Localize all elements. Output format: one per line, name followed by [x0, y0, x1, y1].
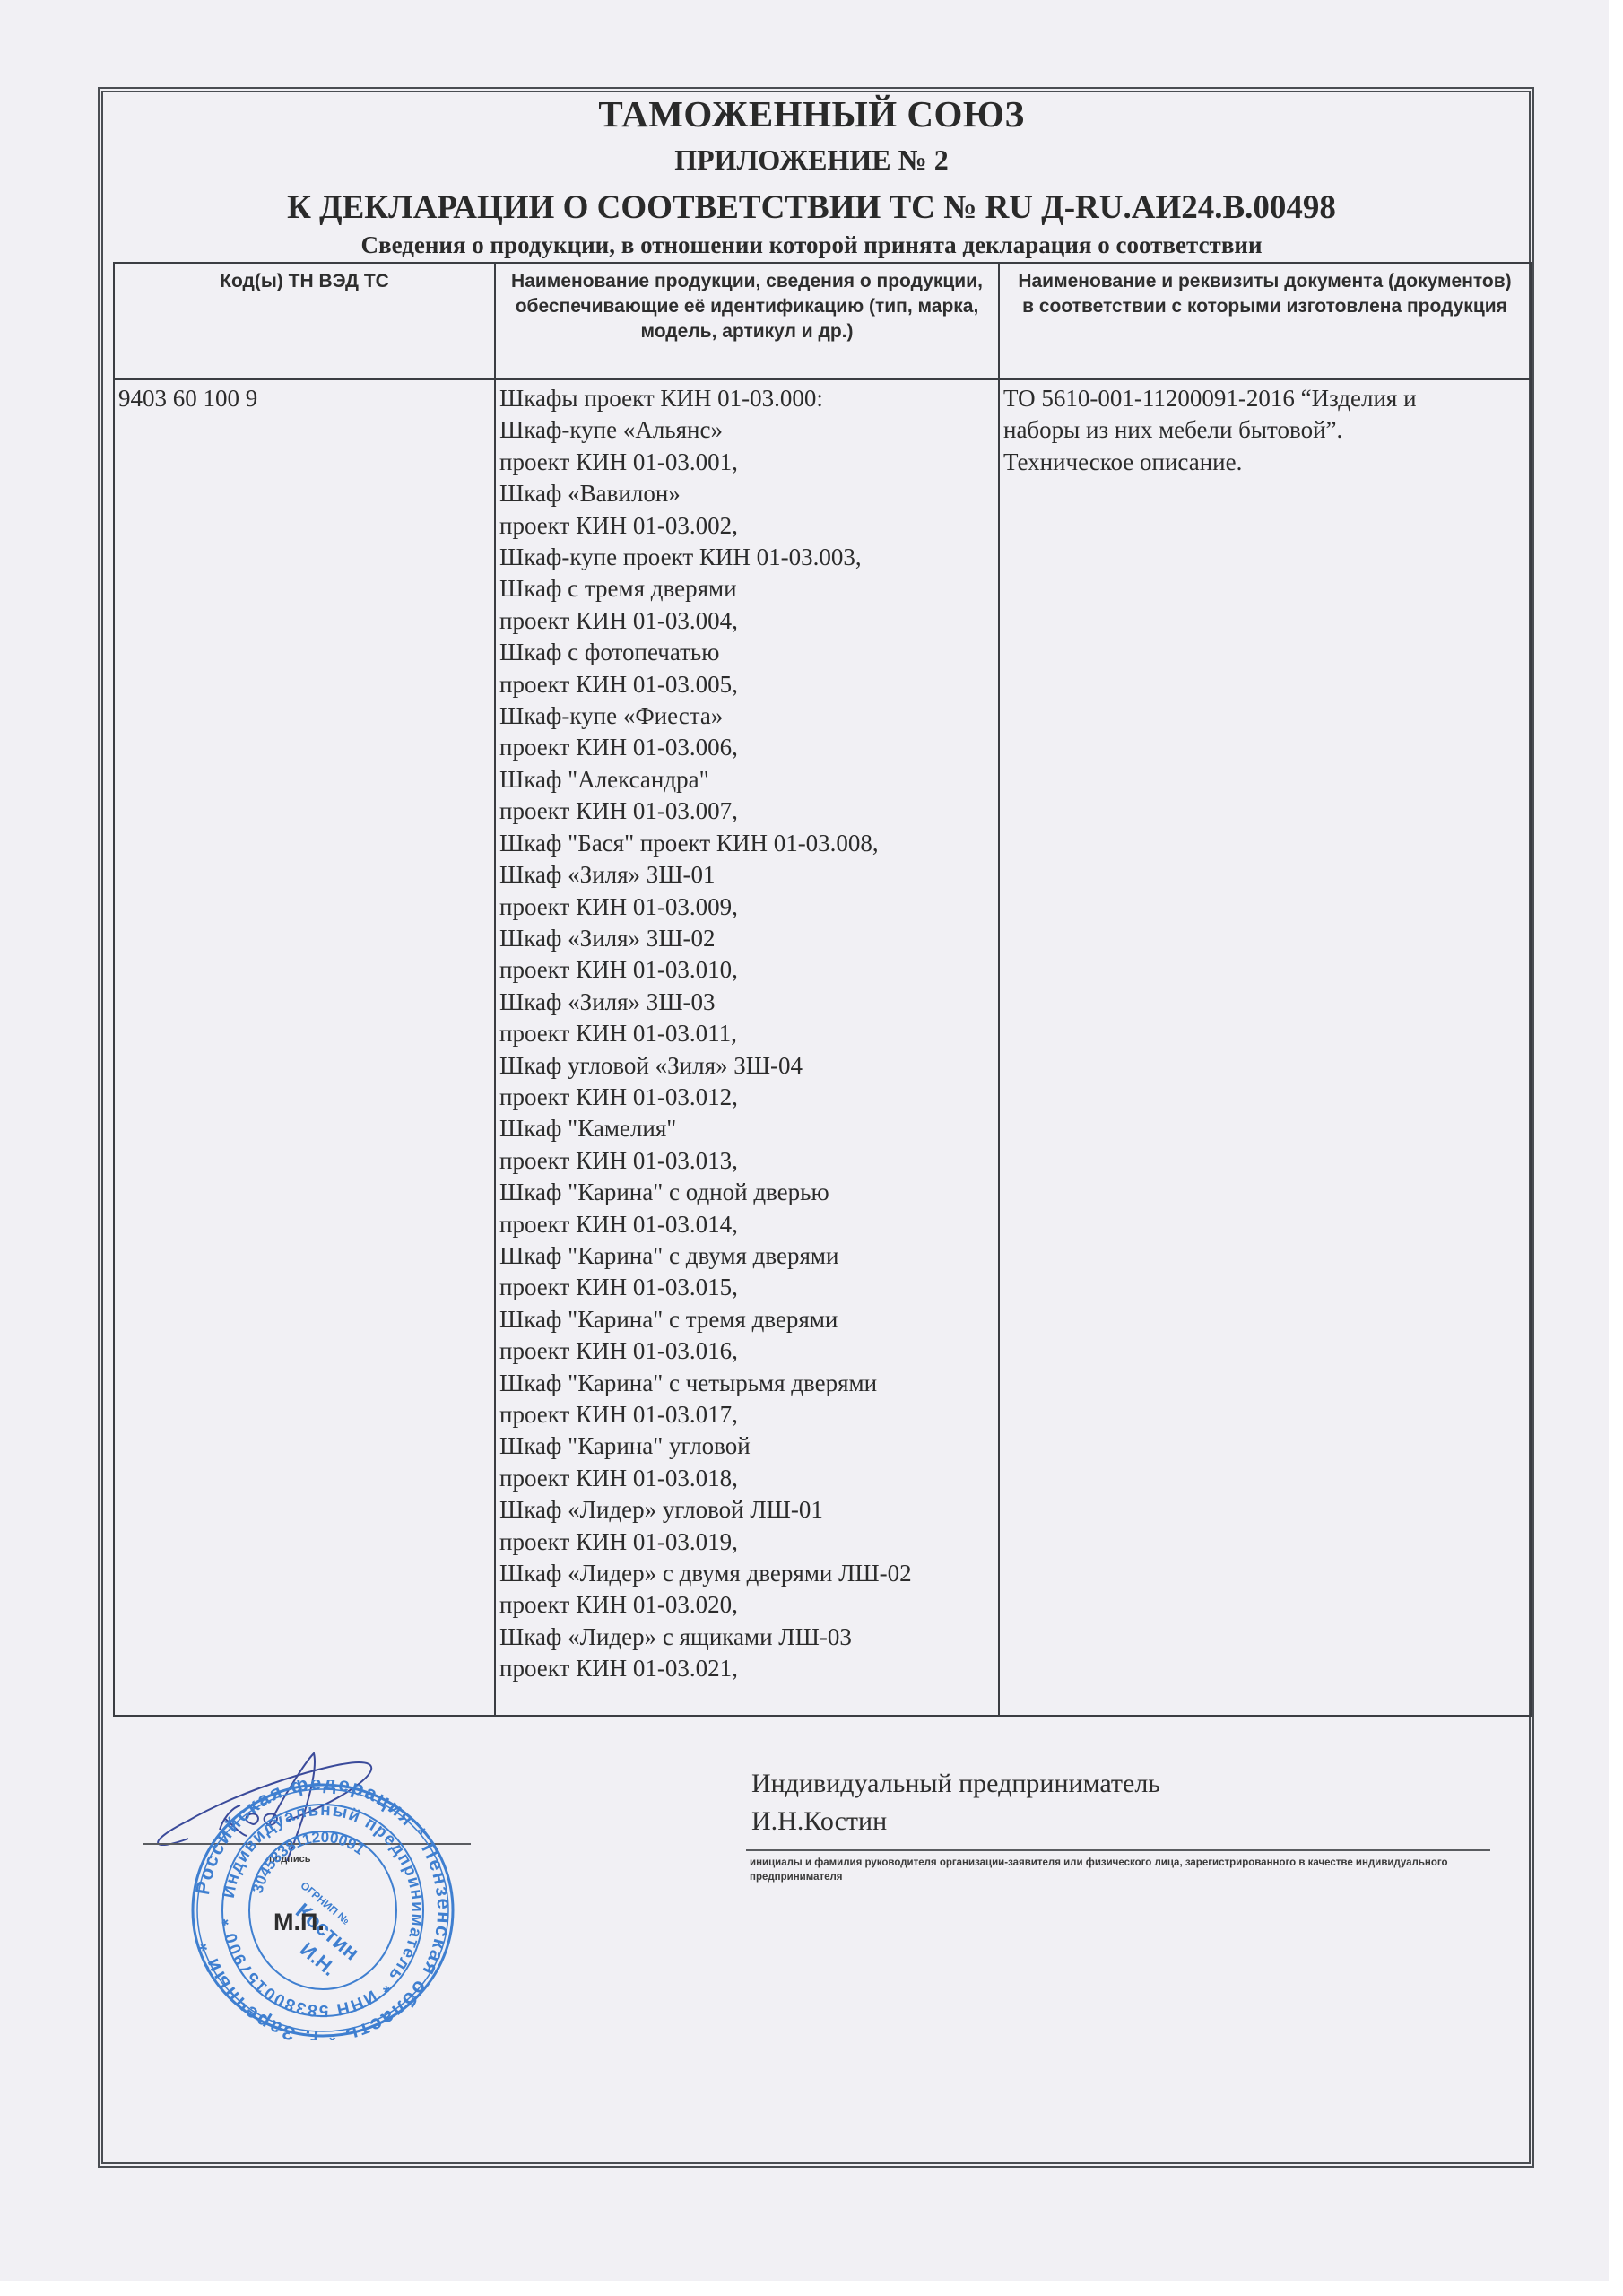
document-line: Техническое описание.: [1003, 447, 1524, 478]
tnved-code: 9403 60 100 9: [118, 383, 489, 414]
product-line: проект КИН 01-03.013,: [499, 1145, 993, 1177]
product-line: проект КИН 01-03.017,: [499, 1399, 993, 1431]
product-line: Шкаф "Карина" с одной дверью: [499, 1177, 993, 1208]
column-header-code: Код(ы) ТН ВЭД ТС: [114, 263, 495, 379]
product-line: Шкаф «Лидер» с двумя дверями ЛШ-02: [499, 1558, 993, 1589]
product-line: проект КИН 01-03.015,: [499, 1272, 993, 1303]
product-line: проект КИН 01-03.018,: [499, 1463, 993, 1494]
product-line: проект КИН 01-03.005,: [499, 669, 993, 700]
signer-title: Индивидуальный предприниматель: [751, 1765, 1160, 1803]
product-line: проект КИН 01-03.021,: [499, 1653, 993, 1684]
product-line: проект КИН 01-03.019,: [499, 1526, 993, 1558]
header-declaration-number: К ДЕКЛАРАЦИИ О СООТВЕТСТВИИ ТС № RU Д-RU…: [0, 188, 1623, 227]
signer-block: Индивидуальный предприниматель И.Н.Кости…: [751, 1765, 1160, 1840]
header-subtitle: Сведения о продукции, в отношении которо…: [0, 231, 1623, 259]
product-line: проект КИН 01-03.016,: [499, 1335, 993, 1367]
product-line: Шкаф-купе проект КИН 01-03.003,: [499, 542, 993, 573]
product-line: Шкаф «Зиля» ЗШ-02: [499, 923, 993, 954]
document-line: наборы из них мебели бытовой”.: [1003, 414, 1524, 446]
product-line: Шкаф "Карина" с четырьмя дверями: [499, 1368, 993, 1399]
signer-name-line: [746, 1849, 1490, 1851]
product-line: проект КИН 01-03.002,: [499, 510, 993, 542]
product-line: проект КИН 01-03.010,: [499, 954, 993, 986]
product-line: Шкаф «Зиля» ЗШ-03: [499, 987, 993, 1018]
product-line: проект КИН 01-03.009,: [499, 891, 993, 923]
product-line: Шкаф-купе «Фиеста»: [499, 700, 993, 732]
seal-placeholder-label: М.П.: [273, 1909, 325, 1936]
product-line: проект КИН 01-03.011,: [499, 1018, 993, 1049]
product-line: проект КИН 01-03.001,: [499, 447, 993, 478]
product-line: проект КИН 01-03.012,: [499, 1082, 993, 1113]
column-header-product: Наименование продукции, сведения о проду…: [495, 263, 999, 379]
product-line: Шкаф "Карина" угловой: [499, 1431, 993, 1462]
header-appendix: ПРИЛОЖЕНИЕ № 2: [0, 143, 1623, 177]
product-line: Шкаф «Лидер» угловой ЛШ-01: [499, 1494, 993, 1526]
product-line: проект КИН 01-03.006,: [499, 732, 993, 763]
product-line: Шкаф "Карина" с тремя дверями: [499, 1304, 993, 1335]
product-line: Шкаф "Карина" с двумя дверями: [499, 1240, 993, 1272]
document-line: ТО 5610-001-11200091-2016 “Изделия и: [1003, 383, 1524, 414]
product-line: Шкаф «Лидер» с ящиками ЛШ-03: [499, 1622, 993, 1653]
cell-products: Шкафы проект КИН 01-03.000:Шкаф-купе «Ал…: [495, 379, 999, 1716]
table-header-row: Код(ы) ТН ВЭД ТС Наименование продукции,…: [114, 263, 1531, 379]
product-line: Шкаф «Вавилон»: [499, 478, 993, 509]
product-line: Шкаф с тремя дверями: [499, 573, 993, 604]
product-line: Шкаф с фотопечатью: [499, 637, 993, 668]
product-line: проект КИН 01-03.004,: [499, 605, 993, 637]
product-line: Шкаф угловой «Зиля» ЗШ-04: [499, 1050, 993, 1082]
product-line: Шкаф-купе «Альянс»: [499, 414, 993, 446]
signer-name: И.Н.Костин: [751, 1803, 1160, 1840]
cell-documents: ТО 5610-001-11200091-2016 “Изделия инабо…: [999, 379, 1531, 1716]
cell-tnved-code: 9403 60 100 9: [114, 379, 495, 1716]
product-line: проект КИН 01-03.014,: [499, 1209, 993, 1240]
product-line: проект КИН 01-03.007,: [499, 796, 993, 827]
column-header-document: Наименование и реквизиты документа (доку…: [999, 263, 1531, 379]
product-table: Код(ы) ТН ВЭД ТС Наименование продукции,…: [113, 262, 1532, 1717]
signer-caption: инициалы и фамилия руководителя организа…: [750, 1856, 1503, 1884]
product-line: Шкаф "Александра": [499, 764, 993, 796]
header-union: ТАМОЖЕННЫЙ СОЮЗ: [0, 92, 1623, 135]
product-line: Шкафы проект КИН 01-03.000:: [499, 383, 993, 414]
product-line: Шкаф «Зиля» ЗШ-01: [499, 859, 993, 891]
product-line: Шкаф "Камелия": [499, 1113, 993, 1144]
table-row: 9403 60 100 9 Шкафы проект КИН 01-03.000…: [114, 379, 1531, 1716]
product-line: проект КИН 01-03.020,: [499, 1589, 993, 1621]
product-line: Шкаф "Бася" проект КИН 01-03.008,: [499, 828, 993, 859]
